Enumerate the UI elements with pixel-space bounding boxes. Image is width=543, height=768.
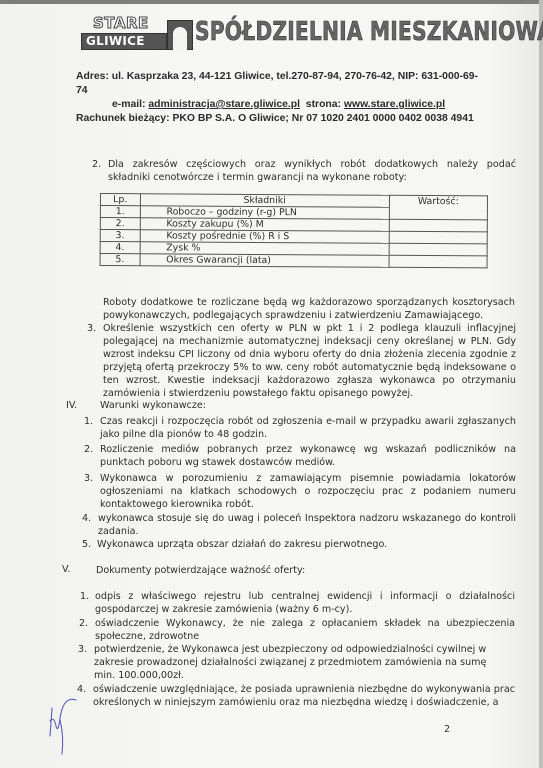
header-value: Wartość: [389,195,487,220]
row-name: Zysk % [140,242,389,256]
bank-account-line: Rachunek bieżący: PKO BP S.A. O Gliwice;… [76,112,486,126]
condition-item-4: wykonawca stosuje się do uwag i poleceń … [98,512,516,538]
document-page: STARE GLIWICE SPÓŁDZIELNIA MIESZKANIOWA … [0,0,543,768]
section-title: Dokumenty potwierdzające ważność oferty: [96,564,305,577]
item-number: 2. [79,617,88,630]
paragraph-item-3: Określenie wszystkich cen oferty w PLN w… [103,322,516,400]
email-website-line: e-mail: administracja@stare.gliwice.pl s… [76,98,486,112]
row-name: Koszty zakupu (%) M [140,218,389,232]
email-label: e-mail: [112,99,146,110]
paragraph-item-2: Dla zakresów częściowych oraz wynikłych … [108,158,516,184]
row-lp: 2. [100,218,140,230]
row-lp: 5. [100,254,140,266]
item-number: 3. [87,322,96,335]
header-lp: Lp. [100,194,140,206]
item-number: 3. [84,472,93,485]
table-row: 5. Okres Gwarancji (lata) [100,254,487,268]
item-number: 4. [82,512,91,525]
item-number: 2. [92,158,101,171]
logo-bottom-text: GLIWICE [86,34,145,48]
item-number: 2. [84,443,93,456]
address-line: Adres: ul. Kasprzaka 23, 44-121 Gliwice,… [76,70,486,98]
logo-top-text: STARE [93,14,149,32]
condition-item-3: Wykonawca w porozumieniu z zamawiającym … [100,472,516,511]
section-numeral: IV. [66,399,77,412]
row-value [389,255,487,268]
document-item-3: potwierdzenie, że Wykonawca jest ubezpie… [94,643,509,682]
section-numeral: V. [62,563,70,576]
letterhead-logo: STARE GLIWICE SPÓŁDZIELNIA MIESZKANIOWA [81,14,491,52]
item-number: 4. [77,683,86,696]
website-link[interactable]: www.stare.gliwice.pl [344,99,445,110]
logo-bottom-box: GLIWICE [81,33,167,50]
paragraph-after-table: Roboty dodatkowe te rozliczane będą wg k… [103,296,515,322]
row-value [389,243,487,256]
row-value [389,231,487,244]
section-title: Warunki wykonawcze: [100,399,206,412]
arch-icon [167,20,193,50]
email-link[interactable]: administracja@stare.gliwice.pl [148,99,300,110]
document-item-2: oświadczenie Wykonawcy, że nie zalega z … [95,617,515,643]
document-item-1: odpis z właściwego rejestru lub centraln… [95,590,515,616]
row-name: Okres Gwarancji (lata) [140,254,389,268]
item-number: 1. [80,590,89,603]
row-lp: 1. [100,206,140,218]
scan-right-edge [539,0,543,768]
organization-name: SPÓŁDZIELNIA MIESZKANIOWA [195,17,543,47]
letterhead-contact: Adres: ul. Kasprzaka 23, 44-121 Gliwice,… [76,70,486,126]
handwritten-signature-icon [42,696,82,756]
page-number: 2 [444,724,450,735]
website-label: strona: [306,99,341,110]
condition-item-2: Rozliczenie mediów pobranych przez wykon… [100,443,516,469]
condition-item-5: Wykonawca uprząta obszar działań do zakr… [97,538,515,551]
condition-item-1: Czas reakcji i rozpoczęcia robót od zgło… [100,415,516,441]
scan-top-edge [0,0,543,4]
row-value [389,219,487,232]
item-number: 5. [82,538,91,551]
document-item-4: oświadczenie uwzględniające, że posiada … [93,683,515,709]
components-table: Lp. Składniki Wartość: 1. Roboczo – godz… [100,193,488,268]
item-number: 3. [78,643,87,656]
row-name: Roboczo – godziny (r-g) PLN [140,206,389,220]
row-name: Koszty pośrednie (%) R i S [140,230,389,244]
logo-mark: STARE GLIWICE [81,14,167,50]
row-lp: 3. [100,230,140,242]
row-lp: 4. [100,242,140,254]
item-number: 1. [84,415,93,428]
